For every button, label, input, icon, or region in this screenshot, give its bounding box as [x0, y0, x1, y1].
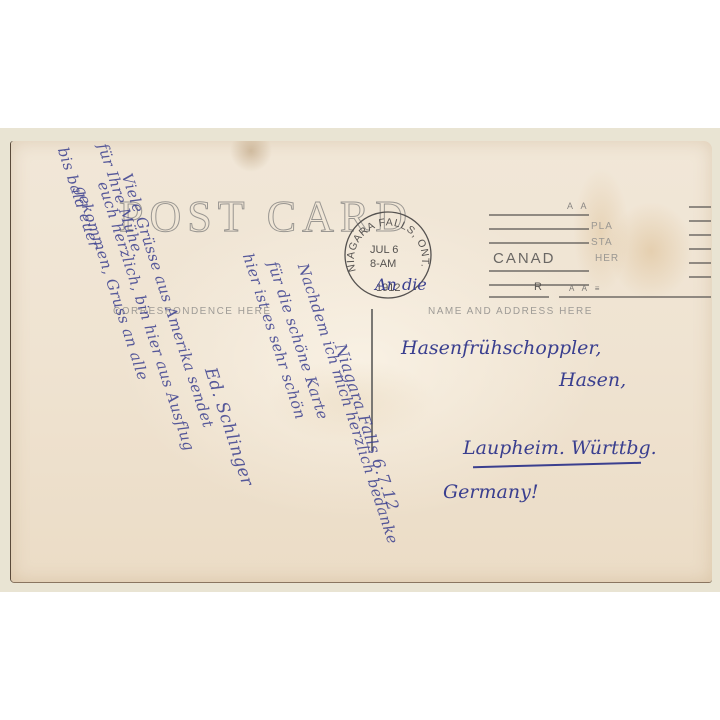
address-underline: [473, 462, 641, 468]
address-salutation: An die: [375, 275, 427, 294]
address-label: NAME AND ADDRESS HERE: [428, 306, 593, 317]
svg-text:R: R: [534, 281, 542, 293]
address-line-1: Hasenfrühschoppler,: [401, 337, 601, 359]
svg-text:HER: HER: [595, 253, 619, 264]
address-line-4: Germany!: [443, 481, 538, 503]
svg-text:STA: STA: [591, 237, 613, 248]
svg-text:A A: A A: [567, 201, 590, 211]
svg-text:A A ≡: A A ≡: [569, 284, 602, 293]
svg-text:PLA: PLA: [591, 221, 613, 232]
postcard: POST CARD CORRESPONDENCE HERE NAME AND A…: [11, 141, 712, 582]
cancellation-bars: CANAD R A A PLA STA HER A A ≡: [489, 193, 711, 303]
svg-text:CANAD: CANAD: [493, 250, 556, 267]
address-line-2: Hasen,: [559, 369, 626, 391]
postmark-date: JUL 6: [370, 244, 398, 256]
postmark-time: 8-AM: [370, 258, 396, 270]
message-line: bis bald euer: [54, 145, 104, 251]
address-line-3: Laupheim. Württbg.: [463, 437, 657, 459]
